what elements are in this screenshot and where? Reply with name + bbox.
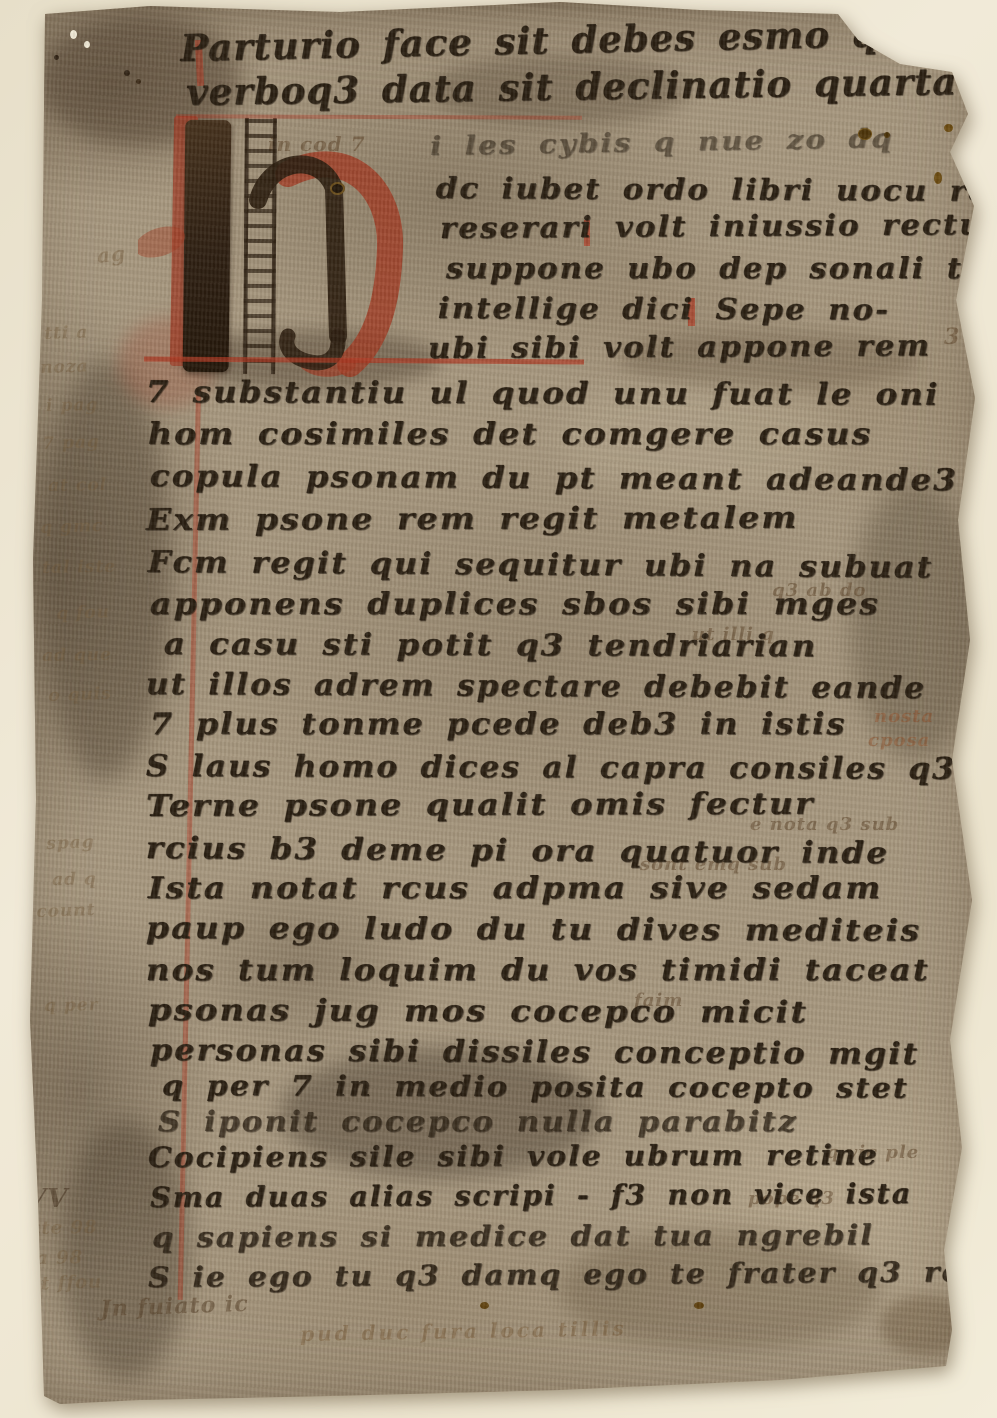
wormhole bbox=[54, 55, 59, 60]
wormhole bbox=[944, 124, 953, 132]
text-line: rcius b3 deme pi ora quatuor inde bbox=[146, 834, 889, 869]
ghost-fragment: i pag bbox=[46, 397, 98, 415]
text-line: apponens duplices sbos sibi mges bbox=[150, 590, 880, 620]
right-margin-note: nosta bbox=[874, 708, 934, 726]
footer-line: pud duc fura loca tillis bbox=[300, 1318, 627, 1344]
text-line: suppone ubo dep sonali tn bbox=[446, 254, 988, 283]
decorated-initial-h: h bbox=[138, 96, 438, 396]
parchment-leaf: ag tti a noza i pag 7 pag at col q gmc t… bbox=[0, 0, 997, 1418]
puncture-hole bbox=[70, 30, 77, 39]
ghost-fragment: at col bbox=[48, 477, 107, 495]
ghost-fragment: ad q bbox=[52, 871, 97, 889]
ghost-fragment: noza bbox=[40, 358, 89, 377]
text-line: Exm psone rem regit metalem bbox=[146, 504, 799, 536]
ghost-fragment: count bbox=[36, 902, 96, 921]
text-line: S laus homo dices al capra consiles q3 bbox=[146, 752, 956, 785]
text-line: ut illos adrem spectare debebit eande bbox=[146, 670, 926, 704]
text-line: Sma duas alias scripi - f3 non vice ista bbox=[150, 1180, 912, 1212]
wormhole bbox=[136, 79, 141, 84]
ghost-fragment: tte 98 bbox=[32, 1219, 98, 1238]
text-line: intellige dici Sepe no- bbox=[438, 294, 890, 325]
text-line: nos tum loquim du vos timidi taceat bbox=[146, 956, 930, 986]
ghost-fragment: ad que bbox=[42, 647, 112, 665]
ghost-fragment: a 98 bbox=[36, 1249, 83, 1268]
text-line: copula psonam du pt meant adeande3 bbox=[150, 462, 958, 496]
text-line: Ista notat rcus adpma sive sedam bbox=[148, 874, 882, 904]
text-line: personas sibi dissiles conceptio mgit bbox=[150, 1036, 920, 1070]
wormhole bbox=[480, 1302, 489, 1309]
footer-line: Jn fuiato ic bbox=[100, 1293, 249, 1320]
text-line: S iponit cocepco nulla parabitz bbox=[158, 1108, 798, 1136]
photograph-backdrop: ag tti a noza i pag 7 pag at col q gmc t… bbox=[0, 0, 997, 1418]
initial-red-blob bbox=[138, 221, 189, 264]
text-line: Fcm regit qui sequitur ubi na subuat bbox=[148, 548, 934, 583]
stain bbox=[880, 1295, 970, 1355]
wormhole bbox=[694, 1302, 704, 1309]
right-margin-note: cposa bbox=[868, 732, 930, 750]
gloss-fragment: 3 bbox=[944, 326, 960, 348]
ghost-fragment: o quis bbox=[48, 686, 112, 705]
ghost-fragment: q per bbox=[44, 997, 99, 1015]
ghost-fragment: VV bbox=[26, 1186, 68, 1212]
puncture-hole bbox=[84, 41, 90, 48]
ghost-fragment: Et ffou bbox=[26, 1273, 102, 1294]
text-line: 7 substantiu ul quod unu fuat le oni bbox=[146, 378, 940, 411]
text-line: psonas jug mos cocepco micit bbox=[148, 996, 808, 1028]
ghost-fragment: q fou bbox=[56, 604, 110, 623]
ghost-fragment: q gmc bbox=[40, 518, 104, 537]
text-line: paup ego ludo du tu dives mediteis bbox=[146, 914, 921, 947]
text-line: verboq3 data sit declinatio quarta . bbox=[186, 63, 993, 111]
text-line: Terne psone qualit omis fectur bbox=[146, 790, 815, 822]
wormhole bbox=[124, 70, 130, 76]
text-line: hom cosimiles det comgere casus bbox=[148, 420, 872, 450]
text-line: 7 plus tonme pcede deb3 in istis bbox=[150, 710, 847, 740]
text-line: q per 7 in medio posita cocepto stet bbox=[162, 1072, 909, 1103]
wormhole bbox=[902, 52, 908, 58]
ghost-fragment: ag bbox=[96, 243, 127, 266]
text-line: ubi sibi volt appone rem bbox=[428, 331, 931, 363]
parchment-wrap: ag tti a noza i pag 7 pag at col q gmc t… bbox=[0, 0, 997, 1418]
initial-black-arch bbox=[258, 164, 338, 336]
ghost-fragment: spag bbox=[46, 834, 95, 853]
text-line: Cocipiens sile sibi vole ubrum retine bbox=[148, 1141, 879, 1172]
text-line: i les cybis q nue zo dq bbox=[430, 126, 894, 160]
ghost-fragment: 7 pag bbox=[42, 434, 100, 453]
text-line: dc iubet ordo libri uocu regimi bbox=[436, 174, 997, 206]
text-line: S ie ego tu q3 damq ego te frater q3 ro bbox=[148, 1258, 964, 1292]
initial-flourish-svg bbox=[138, 96, 438, 396]
text-line: a casu sti potit q3 tendriarian bbox=[164, 630, 817, 662]
ghost-fragment: tti a bbox=[44, 324, 89, 343]
ghost-fragment: tal iste bbox=[42, 559, 116, 577]
text-line: Parturio face sit debes esmo q3 bbox=[180, 15, 906, 67]
text-line: q sapiens si medice dat tua ngrebil bbox=[152, 1221, 874, 1252]
text-line: reserari volt iniussio rectu bbox=[440, 210, 984, 243]
